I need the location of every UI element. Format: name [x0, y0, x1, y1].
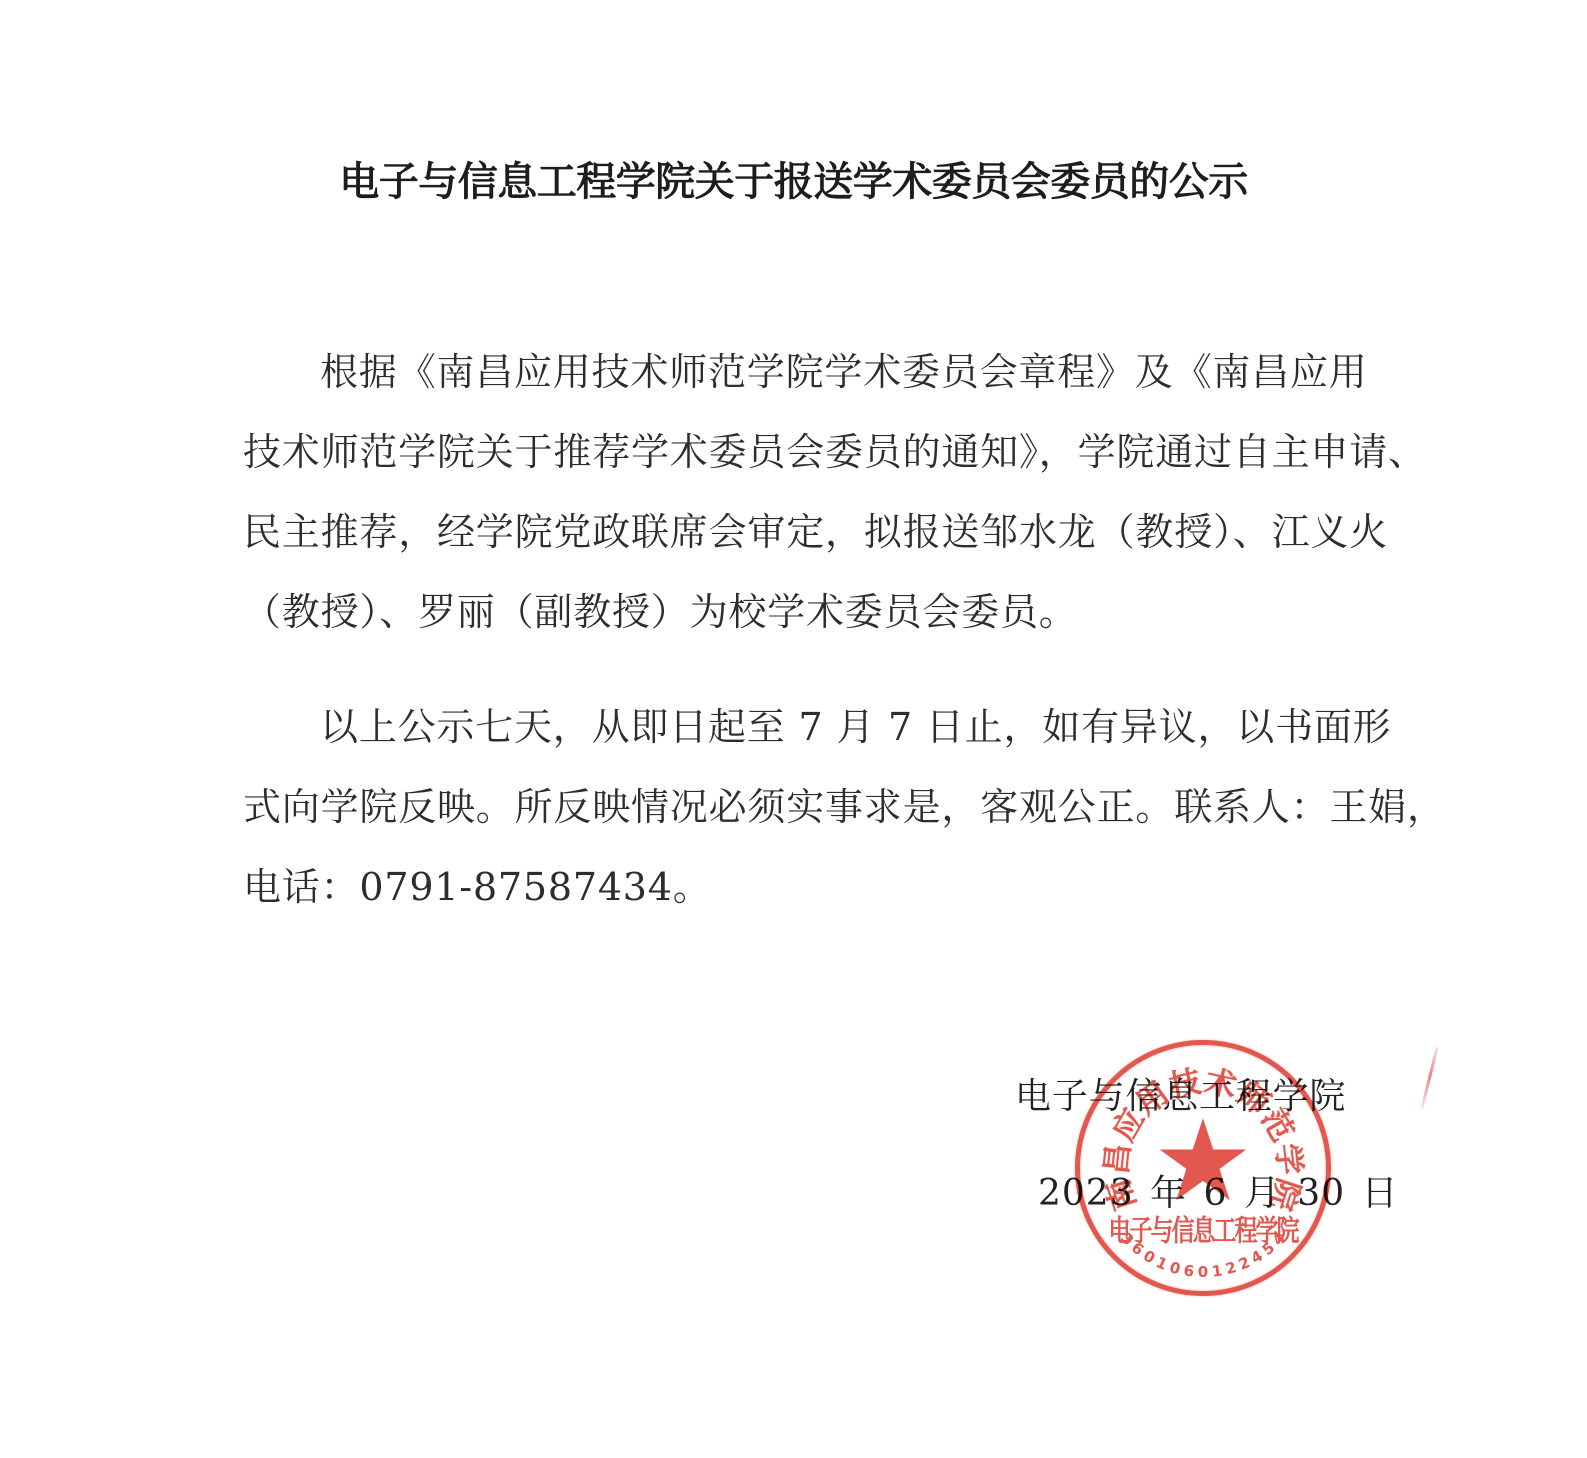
body-line: 民主推荐，经学院党政联席会审定，拟报送邹水龙（教授）、江义火: [243, 492, 1443, 572]
body-line: 以上公示七天，从即日起至 7 月 7 日止，如有异议，以书面形: [243, 687, 1520, 767]
body-line: 技术师范学院关于推荐学术委员会委员的通知》，学院通过自主申请、: [243, 412, 1443, 492]
seal-ring-char: 昌: [1090, 1141, 1138, 1177]
star-icon: ★: [1153, 1105, 1253, 1217]
seal-code-digit: 1: [1211, 1261, 1224, 1280]
body-line: 式向学院反映。所反映情况必须实事求是，客观公正。联系人：王娟，: [243, 767, 1443, 847]
body-line: （教授）、罗丽（副教授）为校学术委员会委员。: [243, 572, 1443, 652]
body-line: 根据《南昌应用技术师范学院学术委员会章程》及《南昌应用: [243, 332, 1520, 412]
seal-code-digit: 0: [1198, 1263, 1208, 1281]
body-line: 电话：0791-87587434。: [243, 847, 1443, 927]
official-seal: ★ 电子与信息工程学院 南昌应用技术师范学院3601060122454: [1075, 1040, 1331, 1296]
document-page: 电子与信息工程学院关于报送学术委员会委员的公示 根据《南昌应用技术师范学院学术委…: [0, 0, 1587, 1458]
stray-ink-mark: [1420, 1047, 1438, 1110]
page-title: 电子与信息工程学院关于报送学术委员会委员的公示: [0, 152, 1587, 212]
seal-ring-char: 学: [1268, 1141, 1316, 1177]
